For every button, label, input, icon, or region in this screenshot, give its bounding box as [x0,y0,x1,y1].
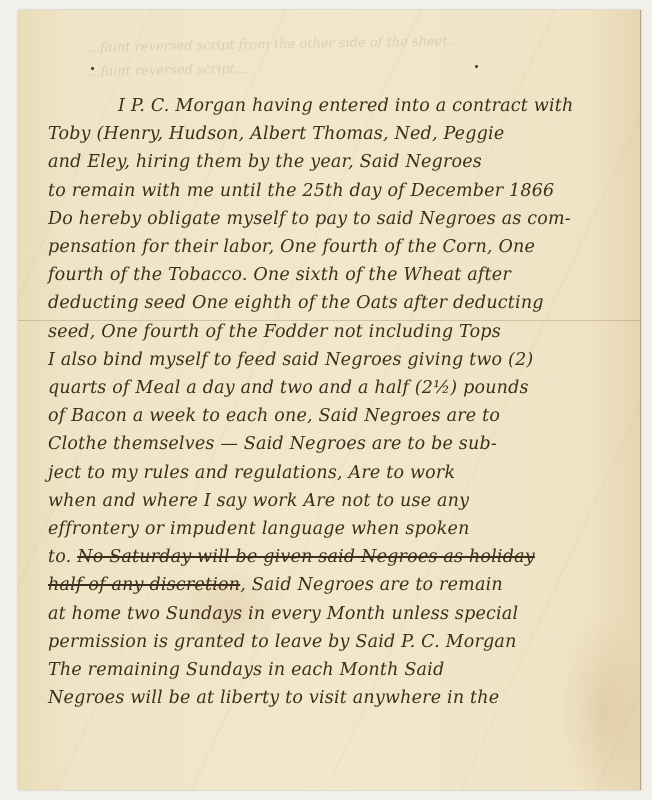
text-line: The remaining Sundays in each Month Said [18,660,652,680]
text-line: I P. C. Morgan having entered into a con… [18,96,652,116]
text-line: permission is granted to leave by Said P… [18,632,652,652]
text-line: quarts of Meal a day and two and a half … [18,378,652,398]
text-line: I also bind myself to feed said Negroes … [18,350,652,370]
text-line: Toby (Henry, Hudson, Albert Thomas, Ned,… [18,124,652,144]
struck-text: half of any discretion [48,575,240,595]
text-line: Do hereby obligate myself to pay to said… [18,209,652,229]
letter-page: ...faint reversed script from the other … [18,10,641,790]
text-line: Clothe themselves — Said Negroes are to … [18,434,652,454]
bleed-through-text: ...faint reversed script from the other … [88,27,609,84]
text-line: deducting seed One eighth of the Oats af… [18,293,652,313]
text-line: Negroes will be at liberty to visit anyw… [18,688,652,708]
text-span: to. [48,547,77,567]
text-line: fourth of the Tobacco. One sixth of the … [18,265,652,285]
text-span: , Said Negroes are to remain [240,575,503,595]
text-line: to remain with me until the 25th day of … [18,181,652,201]
text-line: when and where I say work Are not to use… [18,491,652,511]
text-line: at home two Sundays in every Month unles… [18,604,652,624]
text-line: half of any discretion, Said Negroes are… [18,575,652,595]
struck-text: No Saturday will be given said Negroes a… [77,547,535,567]
text-line: of Bacon a week to each one, Said Negroe… [18,406,652,426]
text-line: effrontery or impudent language when spo… [18,519,652,539]
text-line: ject to my rules and regulations, Are to… [18,463,652,483]
text-line: seed, One fourth of the Fodder not inclu… [18,322,652,342]
text-line: and Eley, hiring them by the year, Said … [18,152,652,172]
text-line: to. No Saturday will be given said Negro… [18,547,652,567]
text-line: pensation for their labor, One fourth of… [18,237,652,257]
